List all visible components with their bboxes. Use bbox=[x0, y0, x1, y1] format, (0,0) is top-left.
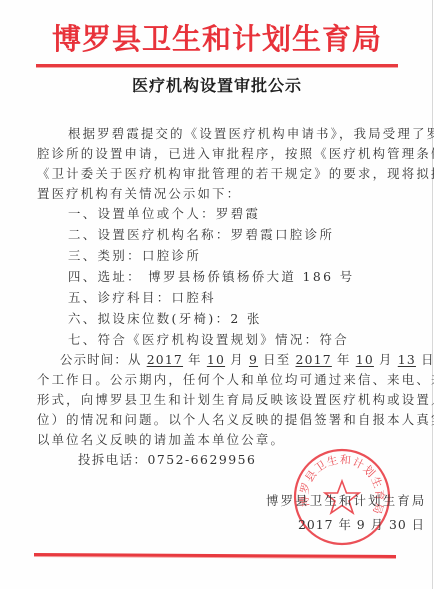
notice-prefix: 公示时间：从 bbox=[60, 352, 147, 367]
intro-line: 置医疗机构有关情况公示如下： bbox=[37, 186, 241, 202]
intro-line: 根据罗碧霞提交的《设置医疗机构申请书》，我局受理了罗碧霞口 bbox=[68, 126, 434, 142]
start-day: 9 bbox=[249, 352, 258, 367]
item-planning-compliance: 七、符合《医疗机构设置规划》情况：符合 bbox=[68, 332, 349, 348]
year-label: 年 bbox=[183, 352, 207, 367]
signature-date: 2017 年 9 月 30 日 bbox=[298, 515, 425, 533]
month-label: 月 bbox=[374, 352, 398, 367]
end-year: 2017 bbox=[296, 352, 332, 367]
document-title: 医疗机构设置审批公示 bbox=[0, 76, 434, 96]
notice-line: 以单位名义反映的请加盖本单位公章。 bbox=[37, 432, 285, 448]
item-applicant: 一、设置单位或个人：罗碧霞 bbox=[68, 206, 260, 222]
notice-line: 形式，向博罗县卫生和计划生育局反映该设置医疗机构或设置人（单 bbox=[37, 392, 434, 408]
notice-period: 公示时间：从 2017 年 10 月 9 日至 2017 年 10 月 13 日… bbox=[60, 352, 434, 368]
notice-line: 位）的情况和问题。以个人名义反映的提倡签署和自报本人真实姓名； bbox=[37, 412, 434, 428]
complaint-phone-number: 0752-6629956 bbox=[147, 452, 256, 467]
start-month: 10 bbox=[207, 352, 225, 367]
org-letterhead: 博罗县卫生和计划生育局 bbox=[0, 22, 434, 56]
footer-divider bbox=[34, 553, 396, 558]
end-day: 13 bbox=[398, 352, 416, 367]
month-label: 月 bbox=[225, 352, 249, 367]
notice-suffix: 日止，共 5 bbox=[416, 352, 434, 367]
signature-org: 博罗县卫生和计划生育局 bbox=[266, 491, 427, 509]
intro-line: 腔诊所的设置申请，已进入审批程序，按照《医疗机构管理条例》和 bbox=[37, 146, 434, 162]
year-label: 年 bbox=[332, 352, 356, 367]
document-page: 博罗县卫生和计划生育局 医疗机构设置审批公示 根据罗碧霞提交的《设置医疗机构申请… bbox=[0, 0, 433, 589]
end-month: 10 bbox=[356, 352, 374, 367]
item-departments: 五、诊疗科目：口腔科 bbox=[68, 290, 216, 306]
start-year: 2017 bbox=[147, 352, 183, 367]
complaint-phone-label: 投拆电话： bbox=[78, 452, 147, 467]
day-to-label: 日至 bbox=[258, 352, 295, 367]
complaint-phone: 投拆电话：0752-6629956 bbox=[78, 452, 256, 468]
notice-line: 个工作日。公示期内，任何个人和单位均可通过来信、来电、来访等 bbox=[37, 372, 434, 388]
item-location: 四、选址： 博罗县杨侨镇杨侨大道 186 号 bbox=[68, 269, 355, 285]
item-bed-count: 六、拟设床位数(牙椅)：2 张 bbox=[68, 311, 262, 327]
item-category: 三、类别：口腔诊所 bbox=[68, 248, 201, 264]
intro-line: 《卫计委关于医疗机构审批管理的若干规定》的要求，现将拟批准设 bbox=[37, 166, 434, 182]
header-divider bbox=[36, 64, 398, 67]
item-institution-name: 二、设置医疗机构名称：罗碧霞口腔诊所 bbox=[68, 227, 334, 243]
